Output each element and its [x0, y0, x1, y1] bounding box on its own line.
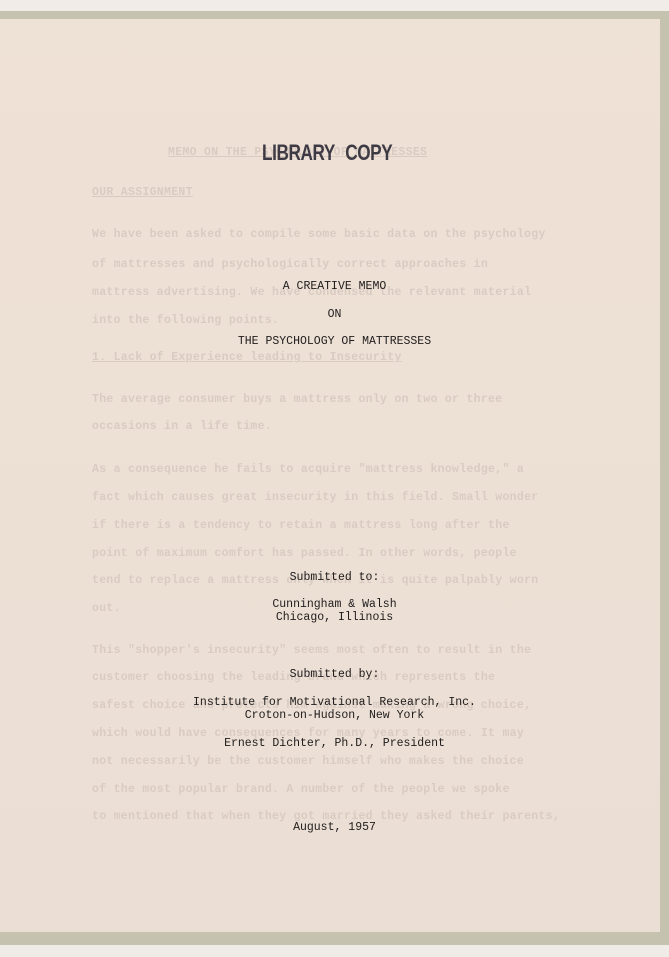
submitted-to-label: Submitted to:	[0, 571, 669, 584]
title-line-1: A CREATIVE MEMO	[0, 280, 669, 293]
institute-location: Croton-on-Hudson, New York	[0, 709, 669, 722]
scanner-backdrop	[0, 945, 669, 957]
client-location: Chicago, Illinois	[0, 611, 669, 624]
client-name: Cunningham & Walsh	[0, 598, 669, 611]
institute-name: Institute for Motivational Research, Inc…	[0, 696, 669, 709]
show-through-section: OUR ASSIGNMENT	[92, 186, 193, 199]
memo-date: August, 1957	[0, 821, 669, 834]
library-copy-stamp: LIBRARY COPY	[262, 140, 392, 166]
submitted-by-label: Submitted by:	[0, 668, 669, 681]
president-name: Ernest Dichter, Ph.D., President	[0, 737, 669, 750]
title-line-2: ON	[0, 308, 669, 321]
title-line-3: THE PSYCHOLOGY OF MATTRESSES	[0, 335, 669, 348]
